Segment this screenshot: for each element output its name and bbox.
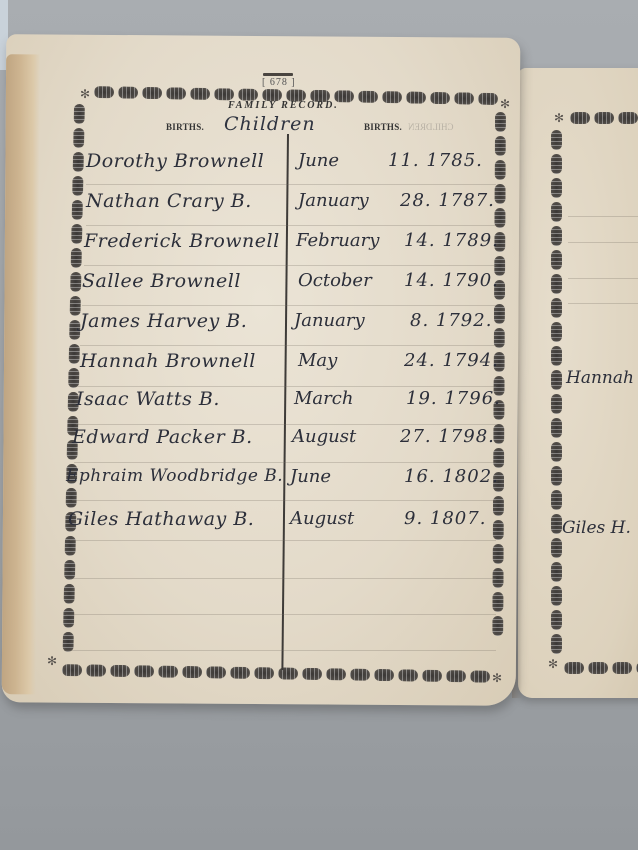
birth-month: August (292, 426, 356, 447)
birth-month: February (296, 230, 379, 251)
birth-day-year: 8. 1792. (410, 310, 492, 331)
record-title: FAMILY RECORD. (228, 100, 339, 111)
corner-ornament-icon: ✻ (492, 672, 502, 684)
child-name: Ephraim Woodbridge B. (66, 466, 283, 486)
birth-month: January (294, 310, 365, 331)
record-row: Ephraim Woodbridge B. June 16. 1802. (0, 466, 638, 506)
child-name: Hannah Brownell (80, 350, 256, 372)
corner-ornament-icon: ✻ (548, 658, 558, 670)
birth-month: June (298, 150, 339, 171)
record-row: Hannah Brownell May 24. 1794. (0, 350, 638, 390)
birth-month: January (298, 190, 369, 211)
child-name: Dorothy Brownell (86, 150, 264, 172)
birth-month: June (290, 466, 331, 487)
child-name: Giles Hathaway B. (68, 508, 254, 530)
right-page-top-border (570, 112, 638, 124)
births-header-left: BIRTHS. (166, 122, 204, 132)
birth-day-year: 16. 1802. (404, 466, 499, 487)
corner-ornament-icon: ✻ (554, 112, 564, 124)
birth-day-year: 14. 1789. (404, 230, 499, 251)
children-heading: Children (224, 113, 316, 135)
record-row: Giles Hathaway B. August 9. 1807. (0, 508, 638, 548)
child-name: Sallee Brownell (82, 270, 241, 292)
birth-day-year: 9. 1807. (404, 508, 486, 529)
child-name: Isaac Watts B. (76, 388, 220, 410)
birth-day-year: 24. 1794. (404, 350, 499, 371)
birth-day-year: 14. 1790. (404, 270, 499, 291)
birth-month: August (290, 508, 354, 529)
birth-day-year: 28. 1787. (400, 190, 495, 211)
record-row: Isaac Watts B. March 19. 1796. (0, 388, 638, 428)
birth-month: October (298, 270, 372, 291)
corner-ornament-icon: ✻ (80, 88, 90, 100)
birth-month: March (294, 388, 353, 409)
corner-ornament-icon: ✻ (500, 98, 510, 110)
corner-ornament-icon: ✻ (47, 655, 57, 667)
record-row: James Harvey B. January 8. 1792. (0, 310, 638, 350)
birth-day-year: 27. 1798. (400, 426, 495, 447)
right-page-bottom-border (564, 662, 638, 674)
record-row: Dorothy Brownell June 11. 1785. (0, 150, 638, 190)
births-header-right: BIRTHS. (364, 122, 402, 132)
child-name: Frederick Brownell (84, 230, 280, 252)
record-row: Edward Packer B. August 27. 1798. (0, 426, 638, 466)
birth-month: May (298, 350, 337, 371)
record-row: Sallee Brownell October 14. 1790. (0, 270, 638, 310)
record-row: Nathan Crary B. January 28. 1787. (0, 190, 638, 230)
record-row: Frederick Brownell February 14. 1789. (0, 230, 638, 270)
birth-day-year: 19. 1796. (406, 388, 501, 409)
page-number: [ 678 ] (262, 77, 296, 88)
child-name: James Harvey B. (80, 310, 247, 332)
birth-day-year: 11. 1785. (388, 150, 483, 171)
bleed-through-text: CHILDREN (408, 122, 454, 132)
child-name: Nathan Crary B. (86, 190, 252, 212)
staple (263, 73, 293, 76)
child-name: Edward Packer B. (72, 426, 253, 448)
